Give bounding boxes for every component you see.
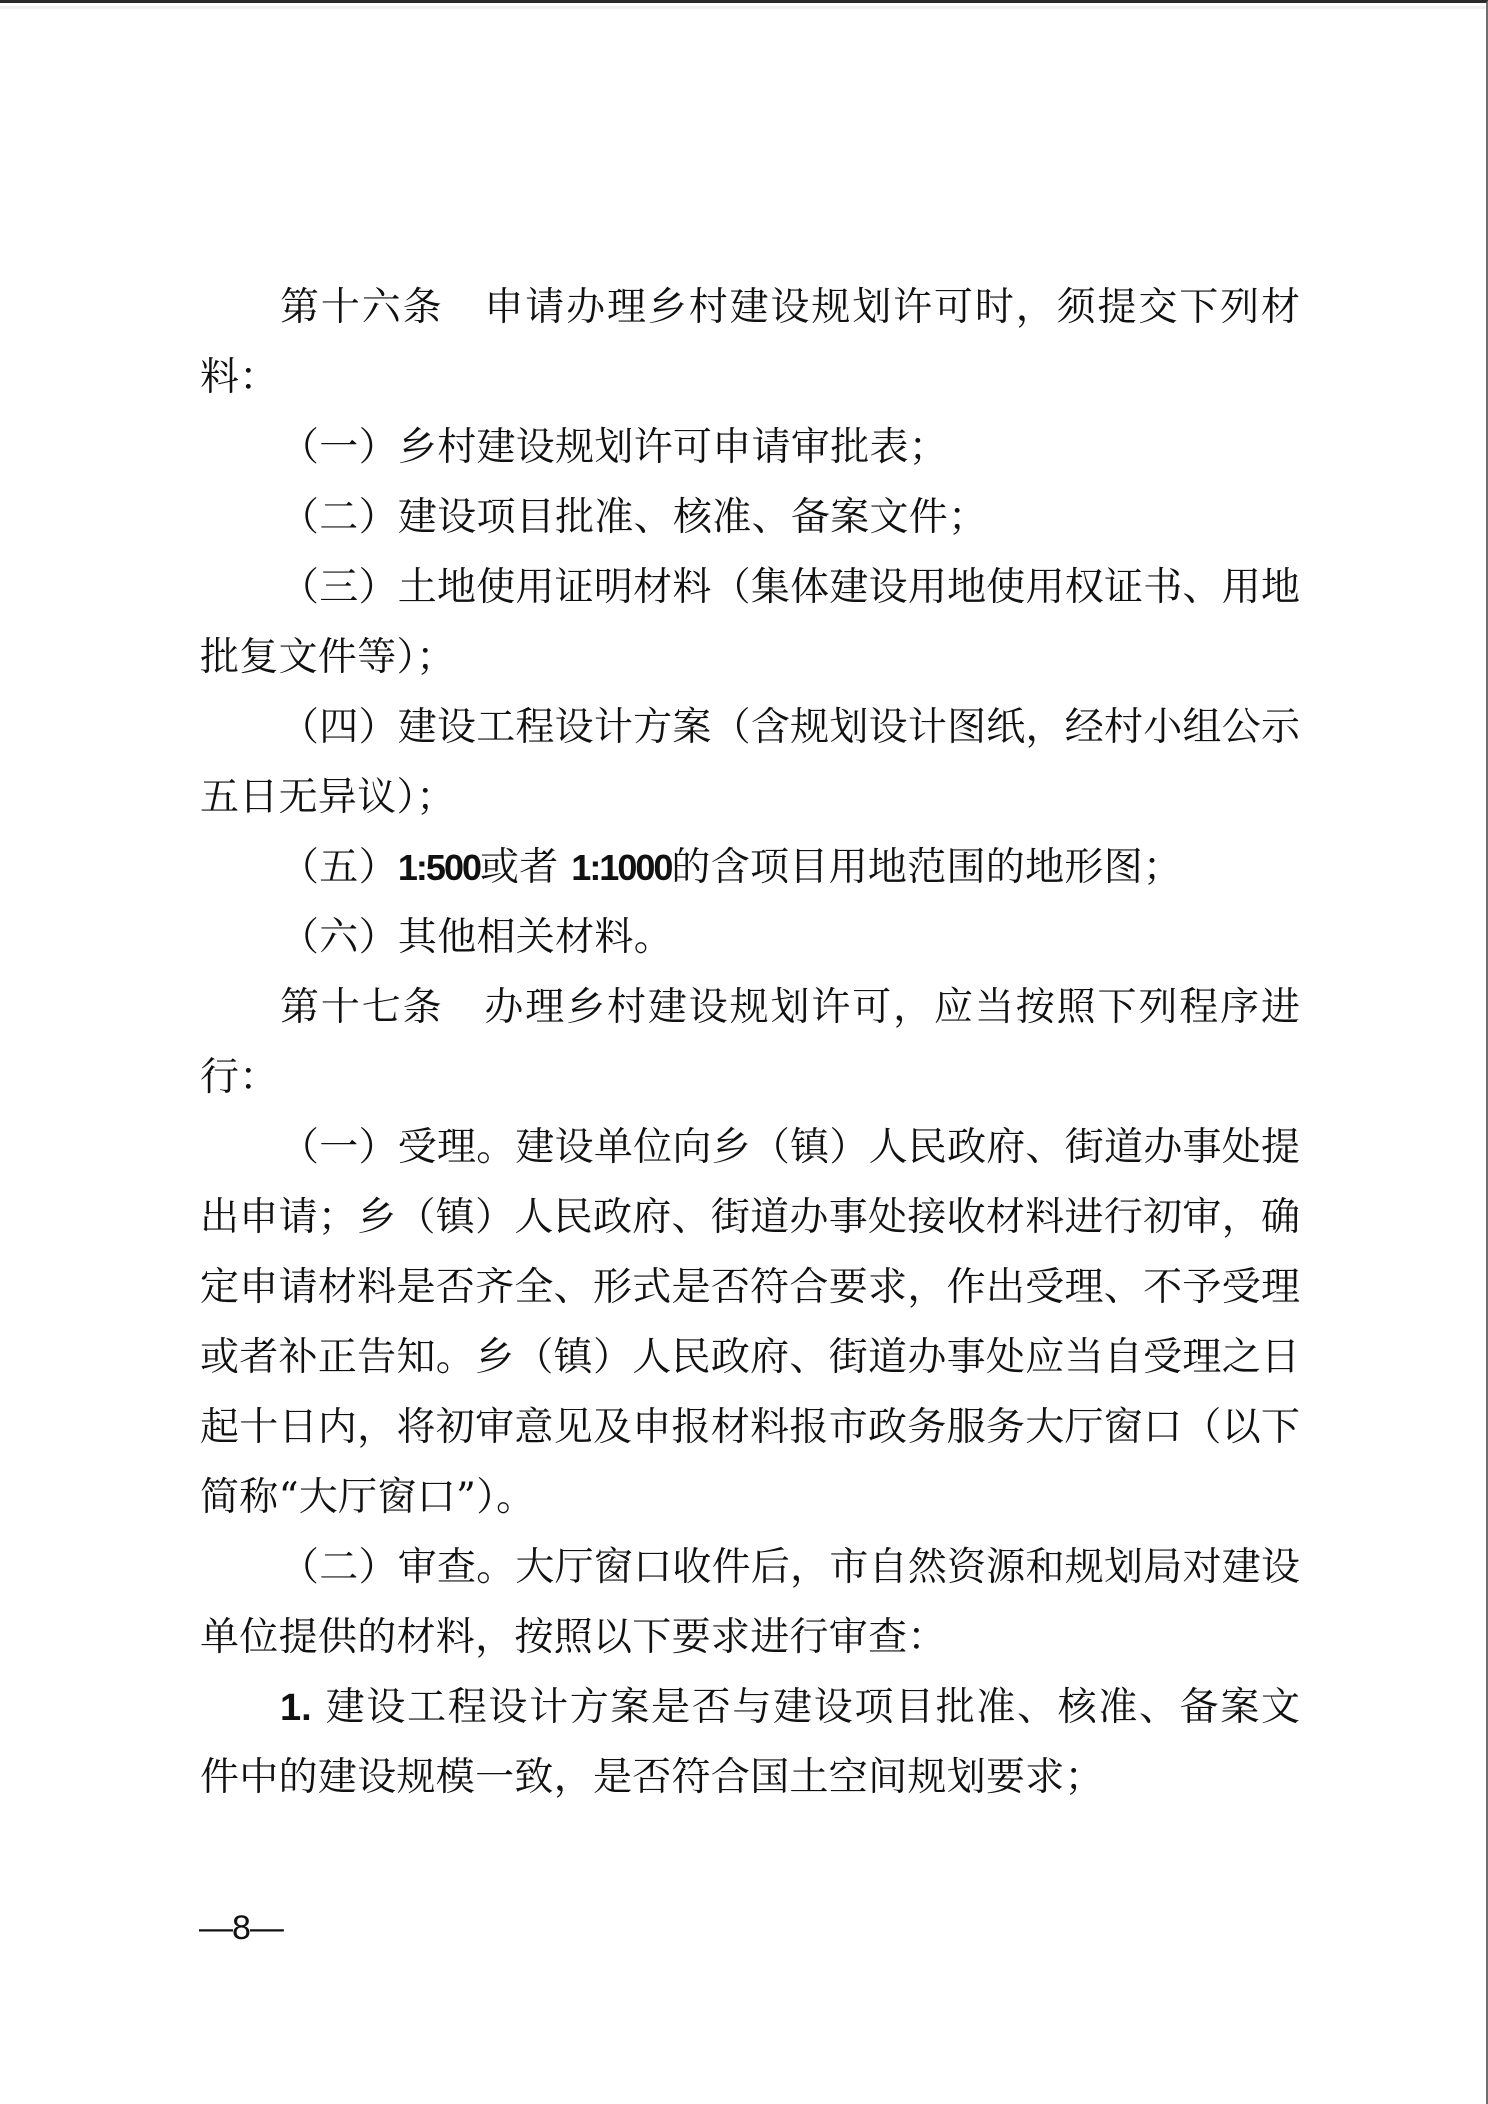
scale-1-500: 1:500	[398, 847, 480, 888]
article-16-item-6: （六）其他相关材料。	[200, 903, 1300, 973]
article-16-item-2: （二）建设项目批准、核准、备案文件；	[200, 483, 1300, 553]
article-16-item-3-line-2: 批复文件等）；	[200, 623, 1300, 693]
step-2-line-2: 单位提供的材料，按照以下要求进行审查：	[200, 1603, 1300, 1673]
article-16-item-4-line-1: （四）建设工程设计方案（含规划设计图纸，经村小组公示	[200, 693, 1300, 763]
item-5-suffix: 的含项目用地范围的地形图；	[671, 845, 1182, 890]
article-16-line-2: 料：	[200, 343, 1300, 413]
review-item-1-text: 建设工程设计方案是否与建设项目批准、核准、备案文	[326, 1685, 1300, 1730]
article-16-item-5: （五）1:500或者 1:1000的含项目用地范围的地形图；	[200, 833, 1300, 903]
step-1-line-6: 简称“大厅窗口”）。	[200, 1463, 1300, 1533]
step-1-line-1: （一）受理。建设单位向乡（镇）人民政府、街道办事处提	[200, 1113, 1300, 1183]
step-1-line-5: 起十日内，将初审意见及申报材料报市政务服务大厅窗口（以下	[200, 1393, 1300, 1463]
article-16-line-1: 第十六条 申请办理乡村建设规划许可时，须提交下列材	[200, 273, 1300, 343]
page-number: —8—	[199, 1906, 283, 1950]
article-16-item-1: （一）乡村建设规划许可申请审批表；	[200, 413, 1300, 483]
step-1-line-3: 定申请材料是否齐全、形式是否符合要求，作出受理、不予受理	[200, 1253, 1300, 1323]
article-17-line-1: 第十七条 办理乡村建设规划许可，应当按照下列程序进	[200, 973, 1300, 1043]
review-item-1-number: 1.	[280, 1687, 312, 1729]
article-16-item-4-line-2: 五日无异议）；	[200, 763, 1300, 833]
step-2-line-1: （二）审查。大厅窗口收件后，市自然资源和规划局对建设	[200, 1533, 1300, 1603]
article-16-item-3-line-1: （三）土地使用证明材料（集体建设用地使用权证书、用地	[200, 553, 1300, 623]
step-1-line-2: 出申请；乡（镇）人民政府、街道办事处接收材料进行初审，确	[200, 1183, 1300, 1253]
item-5-or: 或者	[480, 845, 559, 890]
item-5-prefix: （五）	[280, 845, 398, 890]
scale-1-1000: 1:1000	[571, 847, 671, 888]
review-item-1-line-1: 1. 建设工程设计方案是否与建设项目批准、核准、备案文	[200, 1673, 1300, 1743]
article-17-line-2: 行：	[200, 1043, 1300, 1113]
page-top-edge	[0, 6, 1486, 9]
step-1-line-4: 或者补正告知。乡（镇）人民政府、街道办事处应当自受理之日	[200, 1323, 1300, 1393]
review-item-1-line-2: 件中的建设规模一致，是否符合国土空间规划要求；	[200, 1743, 1300, 1813]
document-page: 第十六条 申请办理乡村建设规划许可时，须提交下列材 料： （一）乡村建设规划许可…	[0, 0, 1488, 2104]
